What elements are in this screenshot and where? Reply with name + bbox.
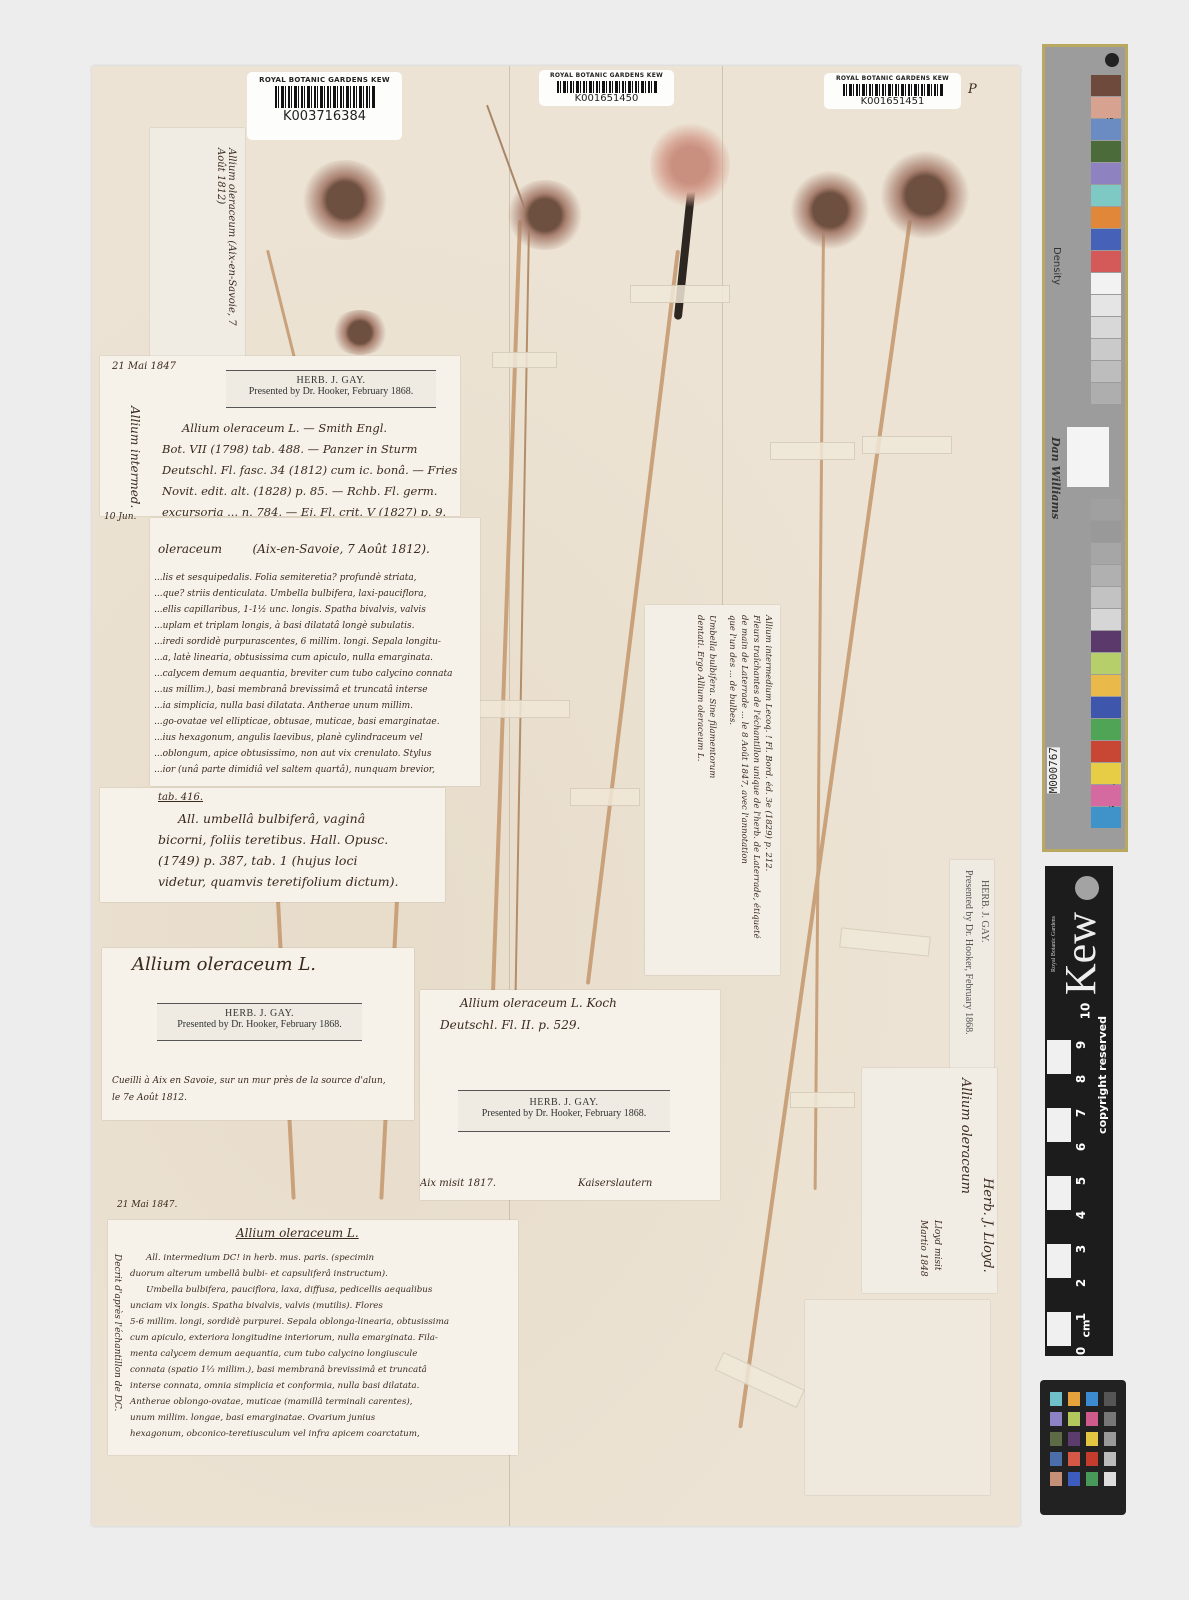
gray-swatch (1091, 521, 1121, 542)
mounting-tape (790, 1092, 855, 1108)
barcode-label: ROYAL BOTANIC GARDENS KEW K001651450 (539, 70, 674, 106)
color-swatch (1091, 185, 1121, 206)
label-lloyd-vertical: Allium oleraceum Herb. J. Lloyd. Lloyd m… (862, 1068, 997, 1293)
gray-swatch (1091, 543, 1121, 564)
reference-line: Novit. edit. alt. (1828) p. 85. — Rchb. … (162, 481, 457, 502)
bottom-description-lines: All. intermedium DC! in herb. mus. paris… (130, 1250, 449, 1442)
vertical-label-lines: Allium intermedium Lecoq. ! Fl. Bord. éd… (694, 615, 774, 965)
checker-swatch (1086, 1432, 1098, 1446)
description-line: All. intermedium DC! in herb. mus. paris… (130, 1250, 449, 1266)
gray-swatch (1091, 295, 1121, 316)
description-line: 5-6 millim. longi, sordidè purpurei. Sep… (130, 1314, 449, 1330)
label-narrow-text: Allium oleraceum (Aix-en-Savoie, 7 Août … (215, 148, 237, 348)
barcode-icon (557, 81, 657, 93)
label-description: oleraceum (Aix-en-Savoie, 7 Août 1812). … (150, 518, 480, 786)
flower-head (650, 120, 730, 210)
label-references: 21 Mai 1847 HERB. J. GAY. Presented by D… (100, 356, 460, 516)
color-swatch (1091, 719, 1121, 740)
label-misit: Lloyd misit (932, 1220, 942, 1271)
color-swatch (1091, 785, 1121, 806)
checker-swatch (1086, 1452, 1098, 1466)
label-side-note: Allium intermed. (128, 406, 142, 508)
gray-swatch (1091, 273, 1121, 294)
description-line: ...que? striis denticulata. Umbella bulb… (154, 586, 452, 602)
herb-gay-stamp: HERB. J. GAY. Presented by Dr. Hooker, F… (157, 1003, 362, 1041)
flower-head (505, 180, 585, 250)
color-swatch (1091, 229, 1121, 250)
description-lines: ...lis et sesquipedalis. Folia semiteret… (154, 570, 452, 778)
label-side-date: 10 Jun. (104, 512, 136, 522)
checker-swatch (1086, 1412, 1098, 1426)
color-calibration-bar: inches Density Dan Williams M000767 cent… (1042, 44, 1128, 852)
label-side-note: Decrit d'après l'échantillon de DC. (112, 1254, 122, 1411)
flower-head (880, 150, 970, 240)
barcode-icon (275, 86, 375, 108)
color-swatch (1091, 207, 1121, 228)
haller-line: bicorni, foliis teretibus. Hall. Opusc. (158, 829, 399, 850)
checker-swatch (1068, 1432, 1080, 1446)
checker-swatch (1086, 1472, 1098, 1486)
label-narrow-vertical: Allium oleraceum (Aix-en-Savoie, 7 Août … (150, 128, 245, 358)
label-collection-date: le 7e Août 1812. (112, 1093, 187, 1103)
herb-stamp-line2: Presented by Dr. Hooker, February 1868. (226, 386, 436, 397)
label-date: 21 Mai 1847. (117, 1200, 177, 1210)
description-line: ...uplam et triplam longis, à basi dilat… (154, 618, 452, 634)
scale-tick-label: 8 (1074, 1075, 1088, 1083)
checker-gray-swatch (1104, 1392, 1116, 1406)
vertical-label-line: Fleurs traîchantes de l'échantillon uniq… (750, 615, 762, 965)
gray-swatch (1091, 317, 1121, 338)
description-line: unciam vix longis. Spatha bivalvis, valv… (130, 1298, 449, 1314)
description-line: ...ellis capillaribus, 1-1½ unc. longis.… (154, 602, 452, 618)
description-line: interse connata, omnia simplicia et conf… (130, 1378, 449, 1394)
checker-swatch (1068, 1392, 1080, 1406)
vertical-label-line: de main de Laterrade ... le 8 Août 1847,… (738, 615, 750, 965)
gray-swatch (1091, 383, 1121, 404)
color-swatch (1091, 75, 1121, 96)
scale-tick-label: 7 (1074, 1109, 1088, 1117)
checker-gray-swatch (1104, 1412, 1116, 1426)
description-line: menta calycem demum aequantia, cum tubo … (130, 1346, 449, 1362)
description-line: cum apiculo, exteriora longitudine inter… (130, 1330, 449, 1346)
description-line: ...ia simplicia, nulla basi dilatata. An… (154, 698, 452, 714)
herb-stamp-line1: HERB. J. GAY. (979, 880, 990, 943)
checker-gray-swatch (1104, 1452, 1116, 1466)
color-swatch (1091, 653, 1121, 674)
reference-line: Deutschl. Fl. fasc. 34 (1812) cum ic. bo… (162, 460, 457, 481)
gray-swatch (1091, 361, 1121, 382)
barcode-label: ROYAL BOTANIC GARDENS KEW K003716384 (247, 72, 402, 140)
density-label: Density (1051, 247, 1062, 285)
checker-swatch (1068, 1452, 1080, 1466)
reference-line: excursoria ... n. 784. — Ej. Fl. crit. V… (162, 502, 457, 516)
scale-tick-label: 9 (1074, 1041, 1088, 1049)
herb-stamp-line1: HERB. J. GAY. (226, 375, 436, 386)
vertical-label-line: Umbella bulbifera. Sine filamentorum (706, 615, 718, 965)
description-line: duorum alterum umbellâ bulbi- et capsuli… (130, 1266, 449, 1282)
vertical-label-line: dentati. Ergo Allium oleraceum L. (694, 615, 706, 965)
mounting-tape (570, 788, 640, 806)
label-collection-note: Cueilli à Aix en Savoie, sur un mur près… (112, 1076, 386, 1086)
koch-footer-left: Aix misit 1817. (420, 1178, 496, 1189)
brand-label: Dan Williams (1049, 437, 1062, 519)
scale-tick-label: 5 (1074, 1177, 1088, 1185)
target-icon (1067, 427, 1109, 487)
corner-mark: P (968, 82, 977, 97)
herb-stamp-line1: HERB. J. GAY. (157, 1008, 362, 1019)
label-species-name: Allium oleraceum L. (236, 1226, 359, 1240)
label-reference-lines: Allium oleraceum L. — Smith Engl. Bot. V… (162, 418, 457, 516)
label-species-name: Allium oleraceum L. (132, 954, 316, 975)
color-swatch (1091, 163, 1121, 184)
color-swatch (1091, 697, 1121, 718)
label-intermedium-vertical: Allium intermedium Lecoq. ! Fl. Bord. éd… (645, 605, 780, 975)
reference-line: Bot. VII (1798) tab. 488. — Panzer in St… (162, 439, 457, 460)
flower-head (300, 160, 390, 240)
reference-line: Allium oleraceum L. — Smith Engl. (162, 418, 457, 439)
color-checker-card (1040, 1380, 1126, 1515)
checker-swatch (1050, 1452, 1062, 1466)
label-tab-ref: tab. 416. (158, 792, 203, 803)
label-koch: Allium oleraceum L. Koch Deutschl. Fl. I… (420, 990, 720, 1200)
description-line: ...go-ovatae vel ellipticae, obtusae, mu… (154, 714, 452, 730)
description-line: ...ius hexagonum, angulis laevibus, plan… (154, 730, 452, 746)
scale-tick-label: 6 (1074, 1143, 1088, 1151)
haller-line: All. umbellâ bulbiferâ, vaginâ (158, 808, 399, 829)
scale-ruler (1047, 1006, 1071, 1348)
mounting-tape (770, 442, 855, 460)
gray-swatch (1091, 609, 1121, 630)
mounting-tape (630, 285, 730, 303)
gray-swatch (1091, 587, 1121, 608)
checker-gray-swatch (1104, 1432, 1116, 1446)
crest-icon (1075, 876, 1099, 900)
label-date: Martio 1848 (918, 1220, 928, 1277)
description-line: ...us millim.), basi membranâ brevissimâ… (154, 682, 452, 698)
description-line: ...calycem demum aequantia, breviter cum… (154, 666, 452, 682)
color-swatch (1091, 119, 1121, 140)
checker-swatch (1050, 1472, 1062, 1486)
mounting-tape (492, 352, 557, 368)
color-swatch (1091, 631, 1121, 652)
checker-swatch (1068, 1412, 1080, 1426)
mounting-tape (862, 436, 952, 454)
label-haller: tab. 416. All. umbellâ bulbiferâ, vaginâ… (100, 788, 445, 902)
gray-swatch (1091, 565, 1121, 586)
checker-swatch (1068, 1472, 1080, 1486)
barcode-org: ROYAL BOTANIC GARDENS KEW (539, 72, 674, 79)
barcode-label: ROYAL BOTANIC GARDENS KEW K001651451 (824, 73, 961, 109)
description-line: ...a, latè linearia, obtusissima cum api… (154, 650, 452, 666)
cm-label: cm (1079, 1320, 1092, 1338)
label-title: oleraceum (Aix-en-Savoie, 7 Août 1812). (158, 542, 430, 556)
checker-swatch (1050, 1432, 1062, 1446)
label-species-name: Allium oleraceum (958, 1078, 973, 1194)
fragment-packet (805, 1300, 990, 1495)
label-herb-lloyd: Herb. J. Lloyd. (980, 1178, 995, 1273)
checker-swatch (1050, 1392, 1062, 1406)
herb-gay-stamp: HERB. J. GAY. Presented by Dr. Hooker, F… (458, 1090, 670, 1132)
herb-gay-stamp-vertical: HERB. J. GAY. Presented by Dr. Hooker, F… (950, 860, 994, 1070)
description-line: ...ior (unâ parte dimidiâ vel saltem qua… (154, 762, 452, 778)
description-line: Umbella bulbifera, pauciflora, laxa, dif… (130, 1282, 449, 1298)
label-date: 21 Mai 1847 (112, 361, 176, 372)
vertical-label-line: Allium intermedium Lecoq. ! Fl. Bord. éd… (762, 615, 774, 965)
kew-subtitle: Royal Botanic Gardens (1051, 916, 1057, 972)
kew-scale-bar: Kew Royal Botanic Gardens copyright rese… (1045, 866, 1113, 1356)
barcode-number: K001651451 (824, 96, 961, 107)
color-swatch (1091, 251, 1121, 272)
scale-tick-label: 2 (1074, 1279, 1088, 1287)
flower-head (790, 170, 870, 250)
barcode-icon (843, 84, 943, 96)
barcode-org: ROYAL BOTANIC GARDENS KEW (824, 75, 961, 82)
checker-swatch (1050, 1412, 1062, 1426)
haller-line: videtur, quamvis teretifolium dictum). (158, 871, 399, 892)
herb-gay-stamp: HERB. J. GAY. Presented by Dr. Hooker, F… (226, 370, 436, 408)
barcode-org: ROYAL BOTANIC GARDENS KEW (247, 76, 402, 84)
vertical-label-line: que l'un des ... de bulbes. (726, 615, 738, 965)
description-line: Antherae oblongo-ovatae, muticae (mamill… (130, 1394, 449, 1410)
label-allium-oleraceum: Allium oleraceum L. HERB. J. GAY. Presen… (102, 948, 414, 1120)
copyright-label: copyright reserved (1096, 1016, 1109, 1134)
description-line: hexagonum, obconico-teretiusculum vel in… (130, 1426, 449, 1442)
color-swatch (1091, 741, 1121, 762)
color-swatch (1091, 807, 1121, 828)
color-swatch (1091, 97, 1121, 118)
label-bottom-description: Allium oleraceum L. Decrit d'après l'éch… (108, 1220, 518, 1455)
color-swatch (1091, 763, 1121, 784)
haller-lines: All. umbellâ bulbiferâ, vaginâ bicorni, … (158, 808, 399, 892)
barcode-number: K003716384 (247, 109, 402, 124)
herb-stamp-line2: Presented by Dr. Hooker, February 1868. (963, 870, 974, 1035)
gray-swatch (1091, 499, 1121, 520)
description-line: unum millim. longae, basi emarginatae. O… (130, 1410, 449, 1426)
scale-tick-label: 3 (1074, 1245, 1088, 1253)
koch-footer-right: Kaiserslautern (578, 1178, 652, 1189)
scale-tick-label: 10 (1078, 1003, 1092, 1020)
flower-head (330, 310, 390, 355)
koch-line2: Deutschl. Fl. II. p. 529. (440, 1018, 580, 1032)
description-line: ...oblongum, apice obtusissimo, non aut … (154, 746, 452, 762)
scale-tick-label: 0 (1074, 1347, 1088, 1355)
herb-stamp-line1: HERB. J. GAY. (458, 1097, 670, 1108)
hole-icon (1105, 53, 1119, 67)
scale-tick-label: 4 (1074, 1211, 1088, 1219)
description-line: ...iredi sordidè purpurascentes, 6 milli… (154, 634, 452, 650)
description-line: connata (spatio 1⅓ millim.), basi membra… (130, 1362, 449, 1378)
checker-swatch (1086, 1392, 1098, 1406)
colorbar-id: M000767 (1047, 747, 1060, 793)
herb-stamp-line2: Presented by Dr. Hooker, February 1868. (157, 1019, 362, 1030)
herb-stamp-line2: Presented by Dr. Hooker, February 1868. (458, 1108, 670, 1119)
gray-swatch (1091, 339, 1121, 360)
description-line: ...lis et sesquipedalis. Folia semiteret… (154, 570, 452, 586)
koch-line1: Allium oleraceum L. Koch (460, 996, 617, 1010)
barcode-number: K001651450 (539, 93, 674, 104)
color-swatch (1091, 675, 1121, 696)
mounting-tape (470, 700, 570, 718)
checker-gray-swatch (1104, 1472, 1116, 1486)
color-swatch (1091, 141, 1121, 162)
kew-logo: Kew (1059, 912, 1103, 995)
haller-line: (1749) p. 387, tab. 1 (hujus loci (158, 850, 399, 871)
